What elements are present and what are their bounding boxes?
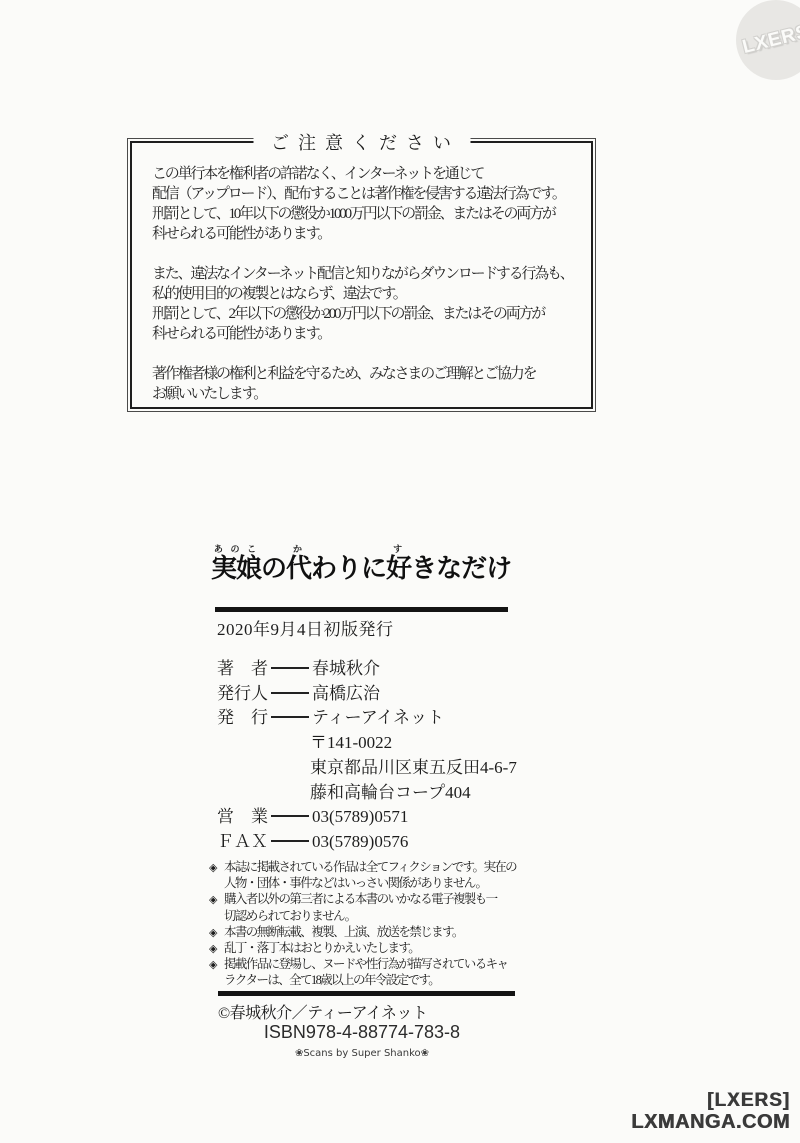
row-label: ＦＡＸ bbox=[217, 830, 269, 855]
notice-line: 刑罰として、10年以下の懲役か1000万円以下の罰金、またはその両方が bbox=[152, 204, 575, 224]
row-dash bbox=[271, 840, 309, 842]
row-dash bbox=[271, 716, 309, 718]
diamond-bullet-icon: ◈ bbox=[209, 957, 217, 973]
lxmanga-watermark: [LXERS] LXMANGA.COM bbox=[631, 1090, 790, 1133]
title-text: 好 bbox=[386, 554, 411, 583]
title-text: の bbox=[261, 554, 286, 583]
row-label: 発 行 bbox=[217, 706, 269, 731]
row-label: 営 業 bbox=[217, 805, 269, 830]
copyright-notice-border: ご注意ください この単行本を権利者の許諾なく、インターネットを通じて 配信（アッ… bbox=[130, 141, 593, 409]
notice-line: 科せられる可能性があります。 bbox=[152, 324, 575, 344]
title-furigana: か bbox=[286, 544, 311, 554]
book-title: 実娘あのこの代かわりに好すきなだけ bbox=[211, 544, 511, 585]
notice-line: 配信（アップロード）、配布することは著作権を侵害する違法行為です。 bbox=[152, 184, 575, 204]
row-value: 藤和高輪台コープ404 bbox=[310, 783, 471, 802]
colophon-row-author: 著 者春城秋介 bbox=[217, 657, 517, 682]
row-value: 高橋広治 bbox=[312, 684, 380, 703]
notice-paragraph-1: この単行本を権利者の許諾なく、インターネットを通じて 配信（アップロード）、配布… bbox=[152, 164, 575, 244]
colophon-row-address: 東京都品川区東五反田4-6-7 bbox=[217, 756, 517, 781]
copyright-notice-box: ご注意ください この単行本を権利者の許諾なく、インターネットを通じて 配信（アッ… bbox=[127, 138, 596, 412]
notice-paragraph-2: また、違法なインターネット配信と知りながらダウンロードする行為も、 私的使用目的… bbox=[152, 264, 575, 344]
note-item-age: ◈ 掲載作品に登場し、ヌードや性行為が描写されているキャ ラクターは、全て18歳… bbox=[209, 956, 516, 988]
row-dash bbox=[271, 692, 309, 694]
scans-credit: ❀Scans by Super Shanko❀ bbox=[212, 1048, 512, 1059]
notice-line: 刑罰として、2年以下の懲役か200万円以下の罰金、またはその両方が bbox=[152, 304, 575, 324]
note-line: 乱丁・落丁本はおとりかえいたします。 bbox=[224, 940, 516, 956]
lxmanga-url: LXMANGA.COM bbox=[631, 1111, 790, 1133]
colophon: 著 者春城秋介 発行人高橋広治 発 行ティーアイネット 〒141-0022 東京… bbox=[217, 657, 517, 855]
row-dash bbox=[271, 667, 309, 669]
note-line: 本誌に掲載されている作品は全てフィクションです。実在の bbox=[224, 859, 516, 875]
notice-line: 私的使用目的の複製とはならず、違法です。 bbox=[152, 284, 575, 304]
title-text: 実娘 bbox=[211, 554, 261, 583]
diamond-bullet-icon: ◈ bbox=[209, 860, 217, 876]
diamond-bullet-icon: ◈ bbox=[209, 892, 217, 908]
title-text: わりに bbox=[311, 554, 386, 583]
lxers-badge-text: LXERS bbox=[740, 21, 800, 59]
diamond-bullet-icon: ◈ bbox=[209, 941, 217, 957]
lxers-text: [LXERS] bbox=[631, 1090, 790, 1111]
notice-line: 科せられる可能性があります。 bbox=[152, 224, 575, 244]
colophon-row-postcode: 〒141-0022 bbox=[217, 731, 517, 756]
note-item-fiction: ◈ 本誌に掲載されている作品は全てフィクションです。実在の 人物・団体・事件など… bbox=[209, 859, 516, 891]
notice-line: お願いいたします。 bbox=[152, 384, 575, 404]
note-line: 購入者以外の第三者による本書のいかなる電子複製も一 bbox=[224, 891, 516, 907]
note-line: 掲載作品に登場し、ヌードや性行為が描写されているキャ bbox=[224, 956, 516, 972]
row-value: ティーアイネット bbox=[312, 708, 444, 727]
row-value: 東京都品川区東五反田4-6-7 bbox=[310, 758, 517, 777]
footer-divider-rule bbox=[218, 991, 515, 996]
note-line: 切認められておりません。 bbox=[224, 908, 516, 924]
title-text: きなだけ bbox=[411, 554, 511, 583]
notice-line: この単行本を権利者の許諾なく、インターネットを通じて bbox=[152, 164, 575, 184]
title-underline bbox=[215, 607, 508, 612]
colophon-row-publisher-person: 発行人高橋広治 bbox=[217, 682, 517, 707]
title-segment: 代か bbox=[286, 554, 311, 583]
note-line: ラクターは、全て18歳以上の年令設定です。 bbox=[224, 972, 516, 988]
edition-date: 2020年9月4日初版発行 bbox=[217, 615, 394, 640]
notice-paragraph-3: 著作権者様の権利と利益を守るため、みなさまのご理解とご協力を お願いいたします。 bbox=[152, 364, 575, 404]
colophon-row-fax: ＦＡＸ03(5789)0576 bbox=[217, 830, 517, 855]
colophon-row-publisher: 発 行ティーアイネット bbox=[217, 706, 517, 731]
isbn-number: ISBN978-4-88774-783-8 bbox=[212, 1022, 512, 1043]
notice-line: また、違法なインターネット配信と知りながらダウンロードする行為も、 bbox=[152, 264, 575, 284]
row-value: 〒141-0022 bbox=[310, 733, 392, 752]
title-segment: 好す bbox=[386, 554, 411, 583]
title-segment: の bbox=[261, 554, 286, 583]
scanned-colophon-page: LXERS ご注意ください この単行本を権利者の許諾なく、インターネットを通じて… bbox=[0, 0, 800, 1143]
title-segment: 実娘あのこ bbox=[211, 554, 261, 583]
title-segment: きなだけ bbox=[411, 554, 511, 583]
title-furigana: あのこ bbox=[211, 544, 261, 554]
note-item-defects: ◈ 乱丁・落丁本はおとりかえいたします。 bbox=[209, 940, 516, 956]
copyright-line: ©春城秋介／ティーアイネット bbox=[218, 1000, 427, 1023]
title-segment: わりに bbox=[311, 554, 386, 583]
notice-body: この単行本を権利者の許諾なく、インターネットを通じて 配信（アップロード）、配布… bbox=[132, 143, 591, 404]
note-item-reprint: ◈ 本書の無断転載、複製、上演、放送を禁じます。 bbox=[209, 924, 516, 940]
lxers-watermark-badge: LXERS bbox=[736, 0, 800, 80]
colophon-row-sales-phone: 営 業03(5789)0571 bbox=[217, 805, 517, 830]
title-furigana: す bbox=[386, 544, 411, 554]
note-item-ecopy: ◈ 購入者以外の第三者による本書のいかなる電子複製も一 切認められておりません。 bbox=[209, 891, 516, 923]
diamond-bullet-icon: ◈ bbox=[209, 925, 217, 941]
row-dash bbox=[271, 815, 309, 817]
colophon-row-address2: 藤和高輪台コープ404 bbox=[217, 781, 517, 806]
row-value: 03(5789)0576 bbox=[312, 832, 408, 851]
row-value: 春城秋介 bbox=[312, 659, 380, 678]
row-label: 発行人 bbox=[217, 682, 269, 707]
title-text: 代 bbox=[286, 554, 311, 583]
notice-line: 著作権者様の権利と利益を守るため、みなさまのご理解とご協力を bbox=[152, 364, 575, 384]
row-value: 03(5789)0571 bbox=[312, 807, 408, 826]
notes-list: ◈ 本誌に掲載されている作品は全てフィクションです。実在の 人物・団体・事件など… bbox=[209, 859, 516, 989]
notice-heading: ご注意ください bbox=[253, 129, 470, 155]
row-label: 著 者 bbox=[217, 657, 269, 682]
note-line: 本書の無断転載、複製、上演、放送を禁じます。 bbox=[224, 924, 516, 940]
note-line: 人物・団体・事件などはいっさい関係がありません。 bbox=[224, 875, 516, 891]
